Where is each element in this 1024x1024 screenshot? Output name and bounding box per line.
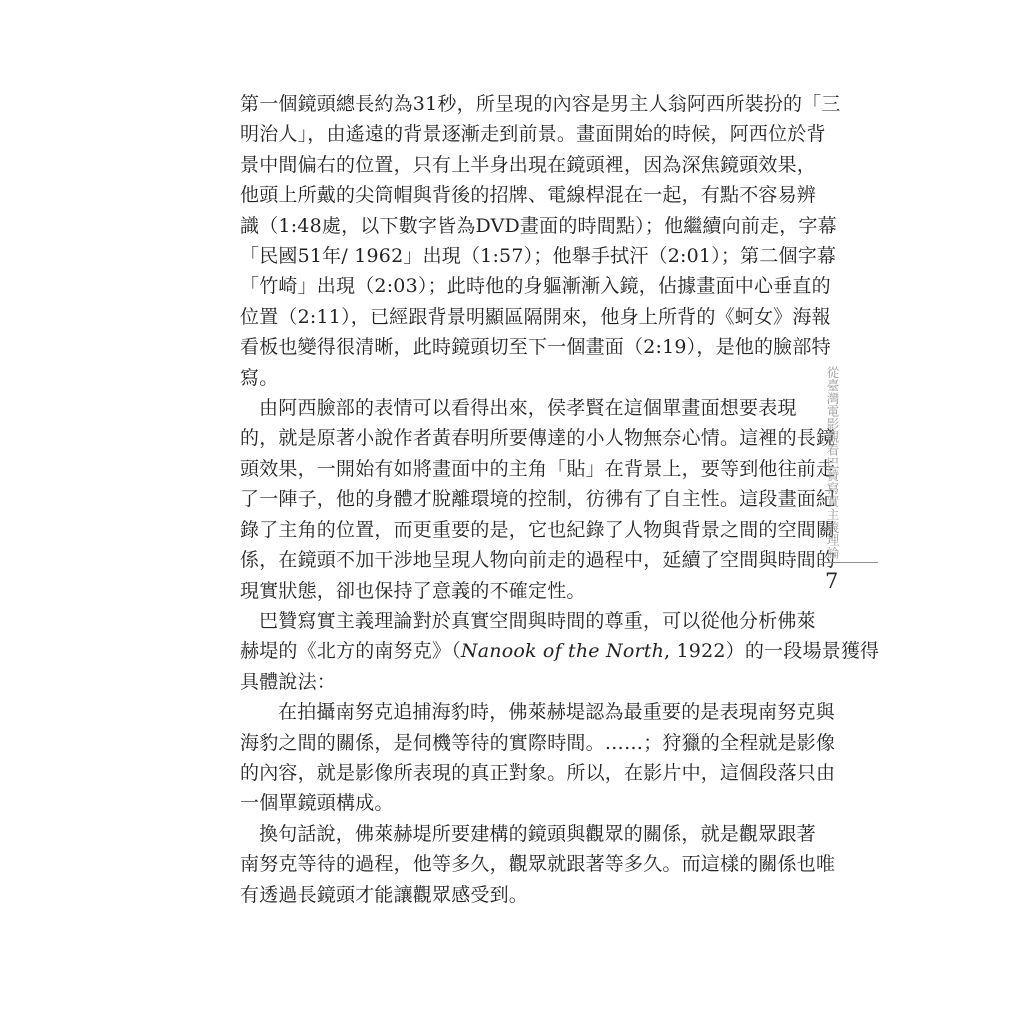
text-line: 的，就是原著小說作者黃春明所要傳達的小人物無奈心情。這裡的長鏡: [240, 423, 812, 453]
text-segment: 明治人」，由遙遠的背景逐漸走到前景。畫面開始的時候，阿西位於背: [240, 123, 826, 145]
text-segment: 的內容，就是影像所表現的真正對象。所以，在影片中，這個段落只由: [240, 762, 835, 784]
text-line: 了一陣子，他的身體才脫離環境的控制，彷彿有了自主性。這段畫面紀: [240, 484, 812, 514]
text-segment: 海豹之間的關係，是伺機等待的實際時間。……；狩獵的全程就是影像: [240, 732, 835, 754]
text-line: 「民國51年/ 1962」出現（1:57）；他舉手拭汗（2:01）；第二個字幕: [240, 241, 812, 271]
text-line: 寫。: [240, 363, 812, 393]
text-line: 海豹之間的關係，是伺機等待的實際時間。……；狩獵的全程就是影像: [240, 728, 812, 758]
page-number: 7: [825, 569, 838, 593]
text-segment: 看板也變得很清晰，此時鏡頭切至下一個畫面（2:19），是他的臉部特: [240, 336, 831, 358]
text-line: 南努克等待的過程，他等多久，觀眾就跟著等多久。而這樣的關係也唯: [240, 849, 812, 879]
text-segment: 識（1:48處，以下數字皆為DVD畫面的時間點）；他繼續向前走，字幕: [240, 215, 837, 237]
text-line: 換句話說，佛萊赫堤所要建構的鏡頭與觀眾的關係，就是觀眾跟著: [240, 819, 812, 849]
text-line: 看板也變得很清晰，此時鏡頭切至下一個畫面（2:19），是他的臉部特: [240, 332, 812, 362]
text-segment: 在拍攝南努克追捕海豹時，佛萊赫堤認為最重要的是表現南努克與: [278, 701, 835, 723]
text-segment: 換句話說，佛萊赫堤所要建構的鏡頭與觀眾的關係，就是觀眾跟著: [259, 823, 816, 845]
text-segment: 具體說法：: [240, 671, 336, 693]
text-segment: 由阿西臉部的表情可以看得出來，侯孝賢在這個單畫面想要表現: [259, 397, 797, 419]
text-line: 他頭上所戴的尖筒帽與背後的招牌、電線桿混在一起，有點不容易辨: [240, 180, 812, 210]
text-line: 景中間偏右的位置，只有上半身出現在鏡頭裡，因為深焦鏡頭效果，: [240, 150, 812, 180]
text-line: 巴贊寫實主義理論對於真實空間與時間的尊重，可以從他分析佛萊: [240, 606, 812, 636]
text-segment: 現實狀態，卻也保持了意義的不確定性。: [240, 580, 586, 602]
text-segment: 的，就是原著小說作者黃春明所要傳達的小人物無奈心情。這裡的長鏡: [240, 427, 835, 449]
text-segment: 第一個鏡頭總長約為31秒，所呈現的內容是男主人翁阿西所裝扮的「三: [240, 93, 841, 115]
text-segment: 位置（2:11），已經跟背景明顯區隔開來，他身上所背的《蚵女》海報: [240, 306, 831, 328]
text-line: 在拍攝南努克追捕海豹時，佛萊赫堤認為最重要的是表現南努克與: [240, 697, 812, 727]
text-segment: 「民國51年/ 1962」出現（1:57）；他舉手拭汗（2:01）；第二個字幕: [240, 245, 836, 267]
text-line: 頭效果，一開始有如將畫面中的主角「貼」在背景上，要等到他往前走: [240, 454, 812, 484]
text-segment: 南努克等待的過程，他等多久，觀眾就跟著等多久。而這樣的關係也唯: [240, 853, 835, 875]
text-segment: 了一陣子，他的身體才脫離環境的控制，彷彿有了自主性。這段畫面紀: [240, 488, 835, 510]
text-line: 錄了主角的位置，而更重要的是，它也紀錄了人物與背景之間的空間關: [240, 515, 812, 545]
text-line: 「竹崎」出現（2:03）；此時他的身軀漸漸入鏡，佔據畫面中心垂直的: [240, 271, 812, 301]
text-segment: 係，在鏡頭不加干涉地呈現人物向前走的過程中，延續了空間與時間的: [240, 549, 835, 571]
text-line: 第一個鏡頭總長約為31秒，所呈現的內容是男主人翁阿西所裝扮的「三: [240, 89, 812, 119]
text-line: 有透過長鏡頭才能讓觀眾感受到。: [240, 880, 812, 910]
text-segment: 景中間偏右的位置，只有上半身出現在鏡頭裡，因為深焦鏡頭效果，: [240, 154, 816, 176]
text-line: 位置（2:11），已經跟背景明顯區隔開來，他身上所背的《蚵女》海報: [240, 302, 812, 332]
text-segment: 他頭上所戴的尖筒帽與背後的招牌、電線桿混在一起，有點不容易辨: [240, 184, 816, 206]
text-line: 的內容，就是影像所表現的真正對象。所以，在影片中，這個段落只由: [240, 758, 812, 788]
book-page: 第一個鏡頭總長約為31秒，所呈現的內容是男主人翁阿西所裝扮的「三明治人」，由遙遠…: [0, 0, 1024, 1024]
text-line: 具體說法：: [240, 667, 812, 697]
text-segment: 有透過長鏡頭才能讓觀眾感受到。: [240, 884, 528, 906]
text-line: 現實狀態，卻也保持了意義的不確定性。: [240, 576, 812, 606]
margin-running-title: 從臺灣電影觀看巴贊寫實主義理論: [823, 366, 841, 566]
text-segment: 頭效果，一開始有如將畫面中的主角「貼」在背景上，要等到他往前走: [240, 458, 835, 480]
body-text: 第一個鏡頭總長約為31秒，所呈現的內容是男主人翁阿西所裝扮的「三明治人」，由遙遠…: [240, 89, 812, 910]
text-segment: , 1922）的一段場景獲得: [664, 640, 879, 662]
film-title-latin: Nanook of the North: [461, 640, 664, 662]
text-segment: 寫。: [240, 367, 278, 389]
text-line: 赫堤的《北方的南努克》（Nanook of the North, 1922）的一…: [240, 636, 812, 666]
text-line: 明治人」，由遙遠的背景逐漸走到前景。畫面開始的時候，阿西位於背: [240, 119, 812, 149]
text-segment: 「竹崎」出現（2:03）；此時他的身軀漸漸入鏡，佔據畫面中心垂直的: [240, 275, 831, 297]
text-line: 由阿西臉部的表情可以看得出來，侯孝賢在這個單畫面想要表現: [240, 393, 812, 423]
text-segment: 巴贊寫實主義理論對於真實空間與時間的尊重，可以從他分析佛萊: [259, 610, 816, 632]
text-segment: 一個單鏡頭構成。: [240, 792, 394, 814]
text-line: 係，在鏡頭不加干涉地呈現人物向前走的過程中，延續了空間與時間的: [240, 545, 812, 575]
text-line: 識（1:48處，以下數字皆為DVD畫面的時間點）；他繼續向前走，字幕: [240, 211, 812, 241]
text-segment: 赫堤的《北方的南努克》（: [240, 640, 461, 662]
text-segment: 錄了主角的位置，而更重要的是，它也紀錄了人物與背景之間的空間關: [240, 519, 835, 541]
page-number-rule: [822, 562, 878, 563]
text-line: 一個單鏡頭構成。: [240, 788, 812, 818]
